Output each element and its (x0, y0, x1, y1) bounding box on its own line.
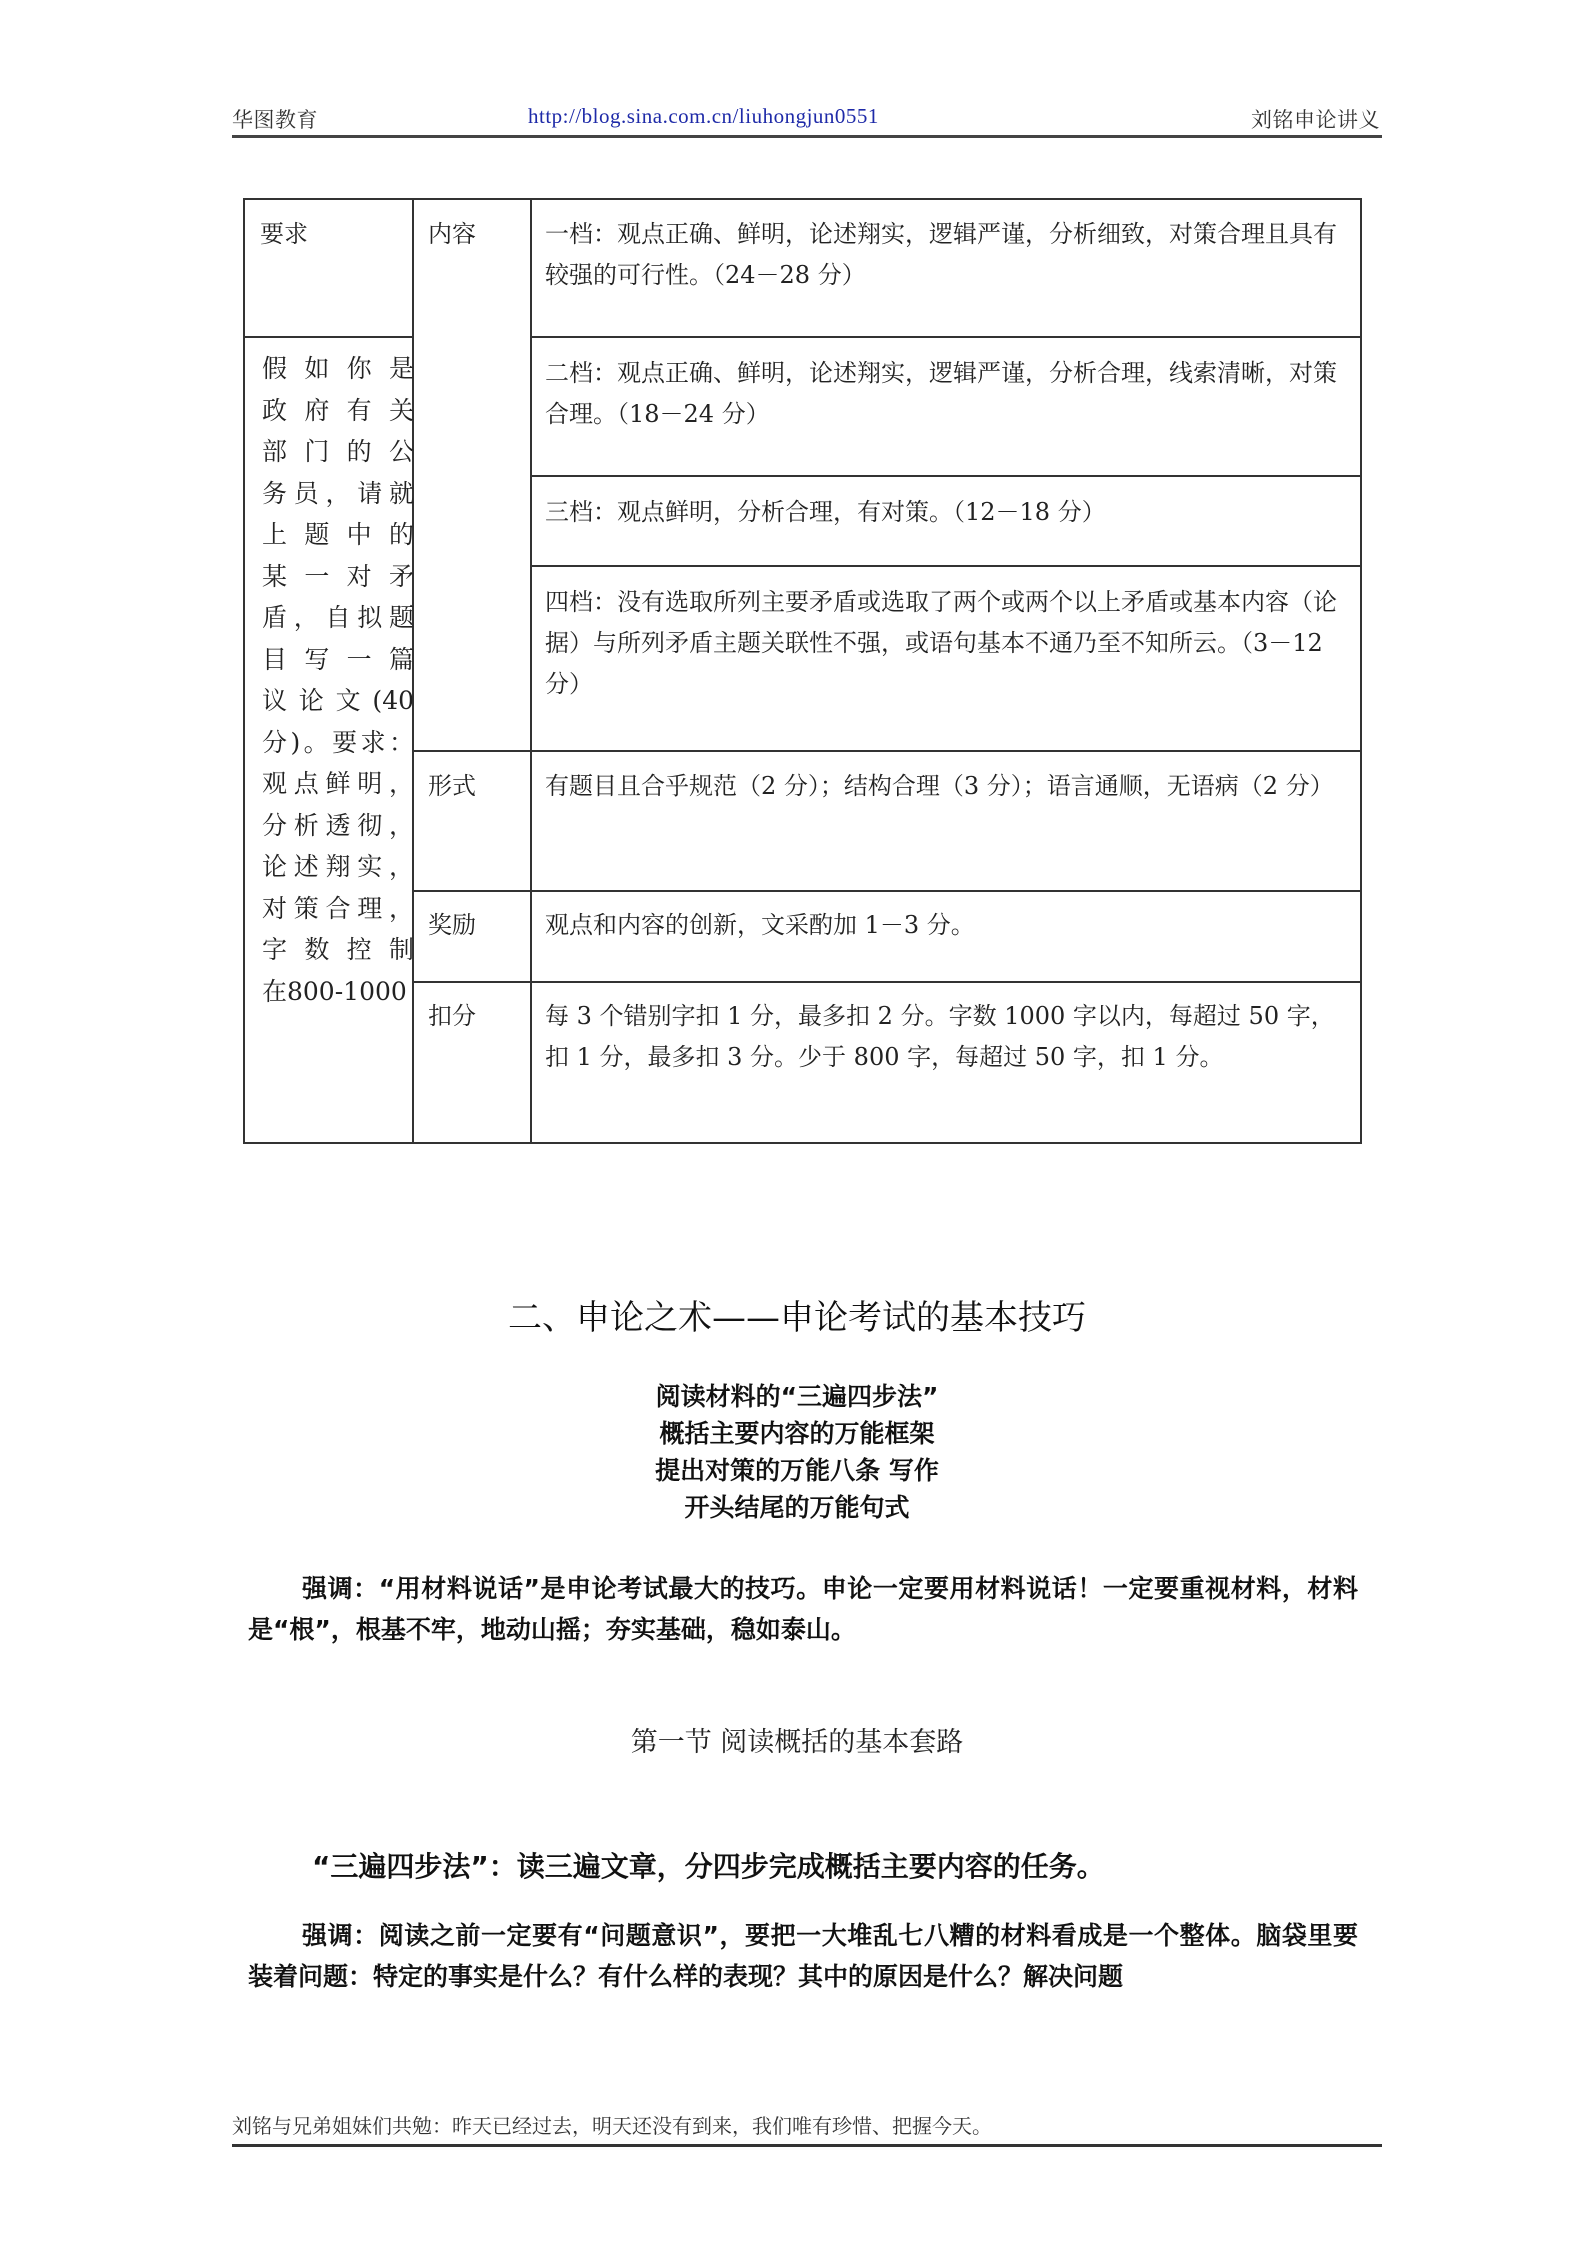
method-item: 提出对策的万能八条 写作 (0, 1452, 1594, 1489)
method-item: 概括主要内容的万能框架 (0, 1415, 1594, 1452)
requirement-body: 假 如 你 是 政 府 有 关 部 门 的 公 务员，请就 上 题 中 的 某 … (262, 348, 414, 1012)
header-divider (232, 135, 1382, 138)
method-item: 阅读材料的“三遍四步法” (0, 1378, 1594, 1415)
three-four-method-line: “三遍四步法”：读三遍文章，分四步完成概括主要内容的任务。 (312, 1845, 1105, 1885)
emphasis-paragraph-1: 强调：“用材料说话”是申论考试最大的技巧。申论一定要用材料说话！一定要重视材料，… (248, 1568, 1358, 1650)
category-form: 形式 (428, 766, 476, 807)
form-text: 有题目且合乎规范（2 分）；结构合理（3 分）；语言通顺，无语病（2 分） (545, 766, 1350, 807)
row-divider-req (245, 336, 413, 338)
deduction-text: 每 3 个错别字扣 1 分，最多扣 2 分。字数 1000 字以内，每超过 50… (545, 996, 1350, 1078)
category-bonus: 奖励 (428, 905, 476, 946)
row-divider-6 (413, 981, 1362, 983)
bonus-text: 观点和内容的创新，文采酌加 1－3 分。 (545, 905, 1350, 946)
category-content: 内容 (428, 214, 476, 255)
header-url-link[interactable]: http://blog.sina.com.cn/liuhongjun0551 (528, 104, 879, 129)
requirement-header: 要求 (260, 214, 308, 255)
row-divider-3 (531, 565, 1362, 567)
category-deduction: 扣分 (428, 996, 476, 1037)
row-divider-1 (531, 336, 1362, 338)
emphasis-paragraph-2: 强调：阅读之前一定要有“问题意识”，要把一大堆乱七八糟的材料看成是一个整体。脑袋… (248, 1915, 1358, 1997)
subsection-title: 第一节 阅读概括的基本套路 (0, 1720, 1594, 1759)
col-divider-2 (530, 200, 532, 1144)
header-org: 华图教育 (232, 104, 318, 134)
grade-1-text: 一档：观点正确、鲜明，论述翔实，逻辑严谨，分析细致，对策合理且具有较强的可行性。… (545, 214, 1350, 296)
row-divider-2 (531, 475, 1362, 477)
footer-motto: 刘铭与兄弟姐妹们共勉：昨天已经过去，明天还没有到来，我们唯有珍惜、把握今天。 (232, 2110, 992, 2139)
grade-2-text: 二档：观点正确、鲜明，论述翔实，逻辑严谨，分析合理，线索清晰，对策合理。（18－… (545, 353, 1350, 435)
footer-divider (232, 2144, 1382, 2147)
section-title: 二、申论之术——申论考试的基本技巧 (0, 1290, 1594, 1339)
grade-3-text: 三档：观点鲜明，分析合理，有对策。（12－18 分） (545, 492, 1350, 533)
method-item: 开头结尾的万能句式 (0, 1489, 1594, 1526)
grade-4-text: 四档：没有选取所列主要矛盾或选取了两个或两个以上矛盾或基本内容（论据）与所列矛盾… (545, 582, 1350, 705)
header-doc-title: 刘铭申论讲义 (1251, 104, 1380, 134)
row-divider-4 (413, 750, 1362, 752)
row-divider-5 (413, 890, 1362, 892)
scoring-table: 要求 假 如 你 是 政 府 有 关 部 门 的 公 务员，请就 上 题 中 的… (243, 198, 1362, 1144)
